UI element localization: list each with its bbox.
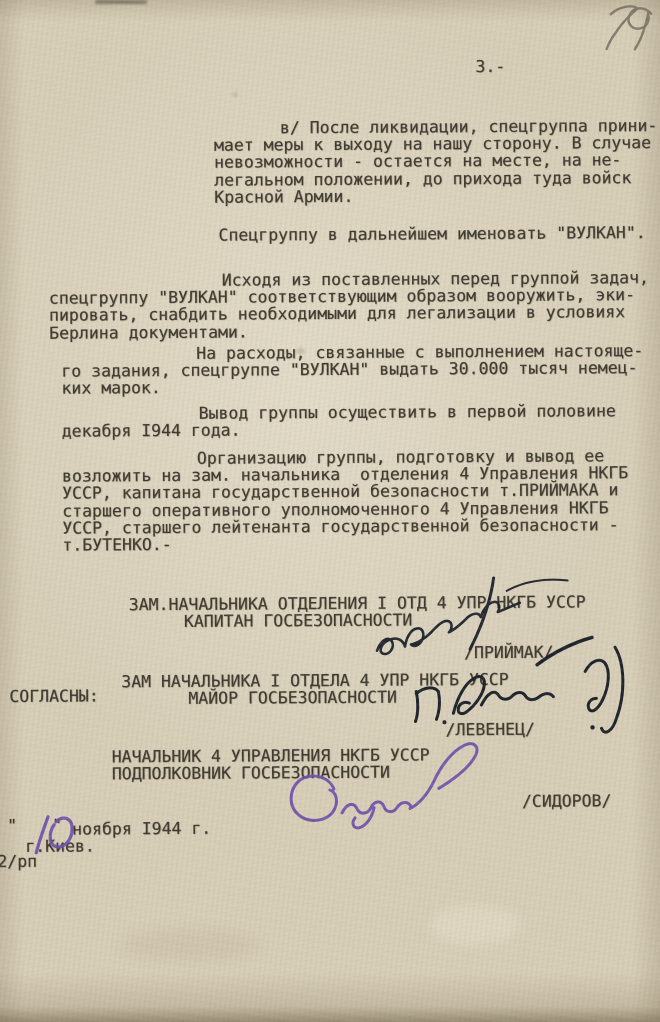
paragraph-deployment: Вывод группы осуществить в первой полови… (62, 402, 616, 440)
paragraph-clause-v: в/ После ликвидации, спецгруппа прини- м… (214, 117, 658, 206)
approver-typed-name: /ПРИЙМАК/ (464, 644, 554, 662)
signature-stroke (291, 776, 337, 821)
agreer1-typed-name: /ЛЕВЕНЕЦ/ (445, 721, 535, 739)
pencil-stroke (607, 4, 638, 52)
signature-stroke (601, 647, 623, 732)
agreer1-title-line2: МАЙОР ГОСБЕЗОПАСНОСТИ (188, 689, 397, 707)
agreer2-title-line2: ПОДПОЛКОВНИК ГОСБЕЗОПАСНОСТИ (112, 764, 390, 783)
signature-stroke (353, 808, 374, 828)
date-text: ноября I944 г. (72, 820, 211, 838)
signature-stroke (585, 660, 608, 711)
agreer2-typed-name: /СИДОРОВ/ (522, 792, 612, 810)
date-quote-open: " (7, 817, 17, 834)
reference-code: 2/рп (0, 853, 37, 870)
pencil-stroke (625, 7, 651, 51)
sheet-number: 3.- (475, 58, 505, 75)
signature-dot (590, 725, 594, 729)
paragraph-funds: На расходы, связанные с выполнением наст… (61, 342, 643, 397)
typed-layer: 3.- в/ После ликвидации, спецгруппа прин… (0, 0, 660, 1022)
paragraph-codename: Спецгруппу в дальнейшем именовать "ВУЛКА… (218, 224, 645, 244)
agreed-label: СОГЛАСНЫ: (9, 687, 99, 705)
pencil-page-ref-79 (607, 4, 652, 53)
date-quote-close: " (52, 817, 62, 834)
paragraph-assignment: Организацию группы, подготовку и вывод е… (62, 447, 629, 554)
document-scan-page: 3.- в/ После ликвидации, спецгруппа прин… (0, 0, 660, 1022)
signature-stroke (470, 578, 494, 649)
signature-stroke (342, 802, 411, 814)
signature-stroke (481, 692, 553, 705)
signature-stroke (415, 691, 418, 721)
approver-title-line2: КАПИТАН ГОСБЕЗОПАСНОСТИ (184, 611, 413, 630)
signature-stroke (507, 580, 568, 591)
paragraph-equipment: Исходя из поставленных перед группой зад… (49, 269, 650, 341)
signature-stroke (416, 688, 439, 720)
